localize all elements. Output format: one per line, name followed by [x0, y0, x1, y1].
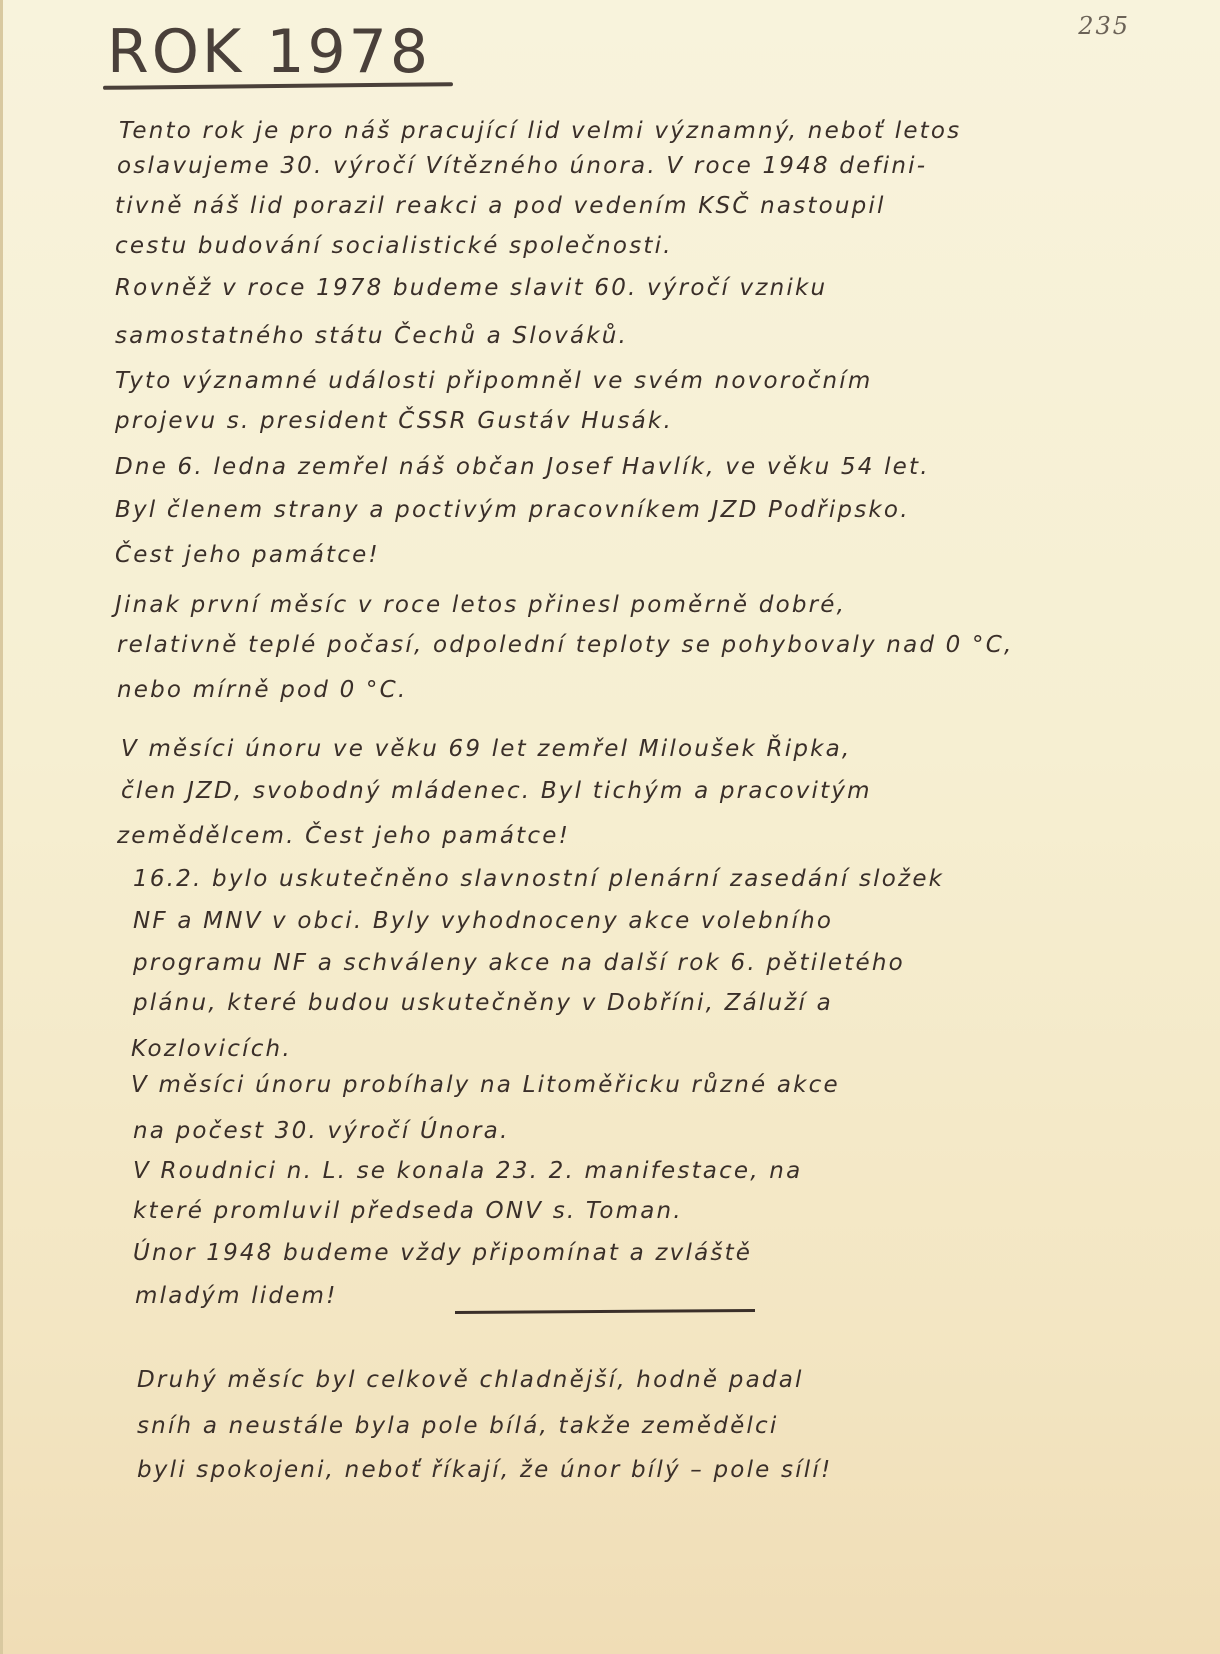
text-line: byli spokojeni, neboť říkají, že únor bí…: [137, 1457, 832, 1483]
text-line: V měsíci únoru ve věku 69 let zemřel Mil…: [121, 736, 851, 762]
text-line: V Roudnici n. L. se konala 23. 2. manife…: [133, 1158, 802, 1184]
text-line: Tento rok je pro náš pracující lid velmi…: [119, 118, 961, 144]
text-line: Rovněž v roce 1978 budeme slavit 60. výr…: [115, 275, 827, 301]
text-line: programu NF a schváleny akce na další ro…: [133, 950, 905, 976]
page-number: 235: [1078, 12, 1130, 40]
text-line: tivně náš lid porazil reakci a pod veden…: [115, 193, 886, 219]
text-line: Únor 1948 budeme vždy připomínat a zvláš…: [133, 1240, 752, 1266]
text-line: mladým lidem!: [135, 1283, 338, 1309]
text-line: V měsíci únoru probíhaly na Litoměřicku …: [131, 1072, 840, 1098]
text-line: člen JZD, svobodný mládenec. Byl tichým …: [121, 778, 872, 804]
text-line: sníh a neustále byla pole bílá, takže ze…: [137, 1413, 778, 1439]
text-line: oslavujeme 30. výročí Vítězného února. V…: [117, 153, 927, 179]
text-line: které promluvil předseda ONV s. Toman.: [133, 1198, 683, 1224]
text-line: Dne 6. ledna zemřel náš občan Josef Havl…: [115, 454, 930, 480]
text-line: Čest jeho památce!: [115, 542, 380, 568]
text-line: Druhý měsíc byl celkově chladnější, hodn…: [137, 1367, 804, 1393]
text-line: projevu s. president ČSSR Gustáv Husák.: [115, 408, 673, 434]
text-line: relativně teplé počasí, odpolední teplot…: [117, 632, 1014, 658]
text-line: Kozlovicích.: [131, 1036, 292, 1062]
section-divider: [455, 1309, 755, 1314]
text-line: nebo mírně pod 0 °C.: [117, 677, 407, 703]
text-line: cestu budování socialistické společnosti…: [115, 233, 673, 259]
text-line: NF a MNV v obci. Byly vyhodnoceny akce v…: [133, 908, 833, 934]
text-line: Jinak první měsíc v roce letos přinesl p…: [115, 592, 846, 618]
text-line: na počest 30. výročí Února.: [133, 1118, 510, 1144]
text-line: zemědělcem. Čest jeho památce!: [117, 823, 570, 849]
text-line: Tyto významné události připomněl ve svém…: [115, 368, 872, 394]
chronicle-page: 235 ROK 1978 Tento rok je pro náš pracuj…: [0, 0, 1220, 1654]
text-line: samostatného státu Čechů a Slováků.: [115, 323, 628, 349]
text-line: 16.2. bylo uskutečněno slavnostní plenár…: [133, 866, 944, 892]
page-title: ROK 1978: [107, 22, 431, 82]
text-line: Byl členem strany a poctivým pracovníkem…: [115, 497, 910, 523]
text-line: plánu, které budou uskutečněny v Dobříni…: [133, 990, 833, 1016]
